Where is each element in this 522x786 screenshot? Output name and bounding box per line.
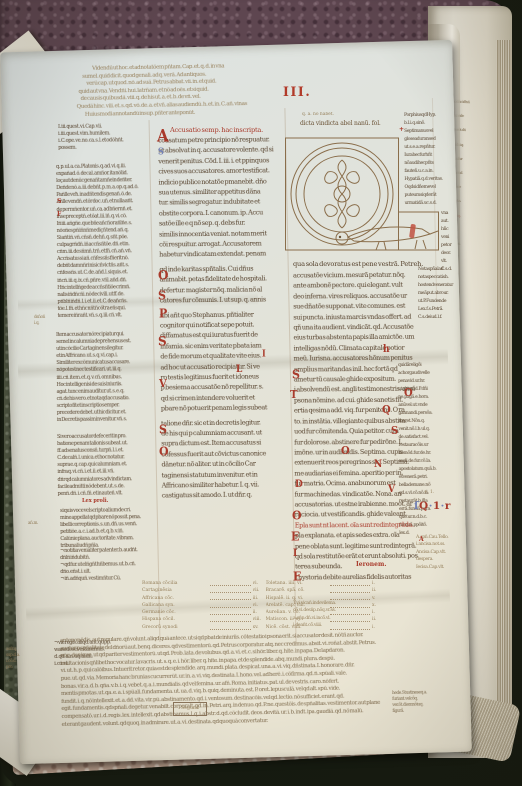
q-tail-beast <box>348 227 430 242</box>
council-list-row: Romana cõciliavi.Toletana. iiii. vi.i. <box>142 580 384 587</box>
drop-cap: S <box>158 334 167 347</box>
q1-mark-part: Q <box>419 500 429 512</box>
bottom-right-note: hede. Stustine se q. a.furiant. vel cõq.… <box>392 688 472 714</box>
drop-cap: I <box>293 550 297 560</box>
bl-l: Romana cõcilia <box>142 580 208 587</box>
script-line: despera. <box>416 556 470 564</box>
script-line: castigatus sit amodo. I. ut dñr. q. <box>162 489 302 501</box>
script-line: añ. m. <box>28 520 52 526</box>
bl-ln: vi. <box>253 580 266 587</box>
script-line: i. q. <box>34 320 58 326</box>
bl-ln: vi. <box>253 602 266 609</box>
drop-cap: S <box>391 427 398 438</box>
drop-cap: + <box>399 127 404 134</box>
q-clasp-head <box>336 232 348 244</box>
drop-cap: A <box>419 537 424 544</box>
q1-ornament: ſQ·1·r <box>414 500 451 512</box>
drop-cap: L <box>236 366 242 376</box>
bl-l: Gallicana syn. <box>142 602 208 609</box>
drop-cap: D <box>295 481 303 491</box>
drop-cap: A <box>157 128 169 145</box>
main-column-1: ccusatum petre principio nõ respuatur.ut… <box>158 134 302 501</box>
rubric-heading: Accusatio semp. hac inscripta. <box>170 126 263 134</box>
drop-cap: O <box>292 509 302 521</box>
drop-cap: I <box>262 349 266 358</box>
script-line: in Decretis passim invenitur. vñ. s. <box>57 416 165 425</box>
drop-cap: O <box>404 389 413 400</box>
plus-one-mark: +. 1. <box>424 489 434 494</box>
citation-list: A. spñ. Cau. Tello.i. ancisa. not. ss.An… <box>416 534 470 571</box>
bl-rn: i. <box>372 580 384 587</box>
bl-ln: iii. <box>253 595 266 602</box>
drop-cap: Q <box>382 406 391 417</box>
drop-cap: T <box>290 391 297 402</box>
drop-cap: Lex proli. <box>82 499 108 505</box>
bl-lead <box>210 591 251 593</box>
drop-cap: S <box>159 423 167 435</box>
left-gloss-block-5: ¬ notitia venialiter patenter. b. audñt.… <box>60 547 172 584</box>
script-line: possem. <box>58 144 164 153</box>
left-gloss-block-2: Item accusator nõ recipiatur qui.semel i… <box>56 331 165 424</box>
bl-lead <box>330 591 371 593</box>
bl-l: Affricana cõc. <box>142 595 208 602</box>
bl-lead <box>210 606 251 608</box>
drop-cap: S <box>158 289 166 301</box>
drop-cap: S <box>57 199 61 206</box>
drop-cap: V <box>388 486 395 496</box>
script-line: penñ. dñ. i. cñ. fñ. et in auteñ. vlt. <box>58 490 166 499</box>
top-annotation-block: Videndũ ut hoc. et adnotatõem pñtam. Cap… <box>76 61 343 119</box>
drop-cap: S <box>292 368 300 380</box>
bl-ln: viii. <box>253 616 266 623</box>
margin-note-bottom-left: a sñt q.sup. d. a.i. cõ. d.pro. <box>6 646 48 670</box>
margin-scribble: d sñ oñi. q. <box>34 314 58 326</box>
drop-cap: P <box>159 307 167 319</box>
council-list-row: Cartaginẽsiavii.Bracarẽ. spã. cõ.ii. <box>142 587 384 594</box>
drop-cap: F <box>57 212 61 219</box>
bl-l: Cartaginẽsia <box>142 587 208 594</box>
signature-box: Segund <box>173 702 207 716</box>
bl-lead <box>210 584 251 586</box>
bl-l: Grecorũ synodi <box>142 624 208 631</box>
bl-l: Hispana cõcil. <box>142 616 208 623</box>
margin-scribble: añ. m. <box>28 520 52 526</box>
script-line: pro. <box>6 664 48 670</box>
script-line: i. de añt. cõ. viiii. <box>293 622 383 630</box>
drop-cap: S <box>158 147 164 156</box>
bottom-annotation-block: anteponẽdis. aut regulare. qñ volunt. al… <box>60 630 474 729</box>
script-line: temere iñrañt. vñ. s. q. iii. cñ. vlt. <box>58 312 166 321</box>
bl-r: Bracarẽ. spã. cõ. <box>266 587 328 594</box>
council-list-notes: T. vi. vicañ. in de vilema.cõ. vi. de sñ… <box>293 600 383 630</box>
drop-cap: Ieronem. <box>356 562 386 569</box>
bl-ln: vii. <box>253 587 266 594</box>
drop-cap: O <box>158 268 168 281</box>
left-gloss-block-1: q. p. ul. a. ca. Platonis. q. ad. vi. q.… <box>56 163 166 320</box>
left-gloss-block-3: Si vero accusator defecerit in pro.batio… <box>57 433 166 498</box>
left-gloss-block-4: si quis voce vel scripto alium de cri.mi… <box>60 507 170 551</box>
tail-red-band <box>409 224 416 239</box>
main-column-2: accusatõe vicium. mesurã petatur. nõq.an… <box>293 269 435 582</box>
bl-l: Germanie cõc. <box>142 609 208 616</box>
bl-lead <box>210 598 251 600</box>
right-margin-gloss-1b: vnaaut.hñcvenipetordeor.vlt.C. s. d. <box>441 210 471 274</box>
q1-mark-part: r <box>445 500 451 512</box>
beast-eye <box>339 236 341 238</box>
bl-rn: ii. <box>372 587 384 594</box>
q1-mark-part: 1 <box>433 500 441 512</box>
drop-cap: h <box>383 346 390 356</box>
drop-cap: O <box>341 447 350 458</box>
bl-lead <box>330 584 371 586</box>
drop-cap: E <box>293 570 301 582</box>
bl-ln: xv. <box>253 624 266 631</box>
right-margin-gloss-1: Porphius qd Hyp.b. l. i. q. si nõ.Septim… <box>404 112 463 208</box>
drop-cap: E <box>291 530 299 542</box>
bl-lead <box>210 628 251 630</box>
manuscript-photo: mõ dñ cõ đt sñq. b. i. videpater õt. dñs… <box>0 0 522 786</box>
script-line: Iecisa. Cap. vlt. <box>416 564 470 572</box>
left-gloss-intro: I. iii. quest. vi. Cap. vii.i. iii. ques… <box>58 123 164 152</box>
bl-lead <box>210 620 251 622</box>
bl-lead <box>210 613 251 615</box>
script-line: ur matidã. uc. s. d. <box>405 200 463 209</box>
caption-tiny: q. a. nõ habet. <box>302 112 334 117</box>
initial-caption: dicta vindicta abel nanũ. fol. <box>300 120 381 127</box>
bl-ln: ii. <box>253 609 266 616</box>
drop-cap: O <box>159 445 169 457</box>
drop-cap: N <box>374 461 382 471</box>
drop-cap: V <box>159 380 167 391</box>
q-frame-extension <box>399 212 439 250</box>
first-text-line: qua sola devoratus est pene vestrã. Petr… <box>293 260 423 268</box>
